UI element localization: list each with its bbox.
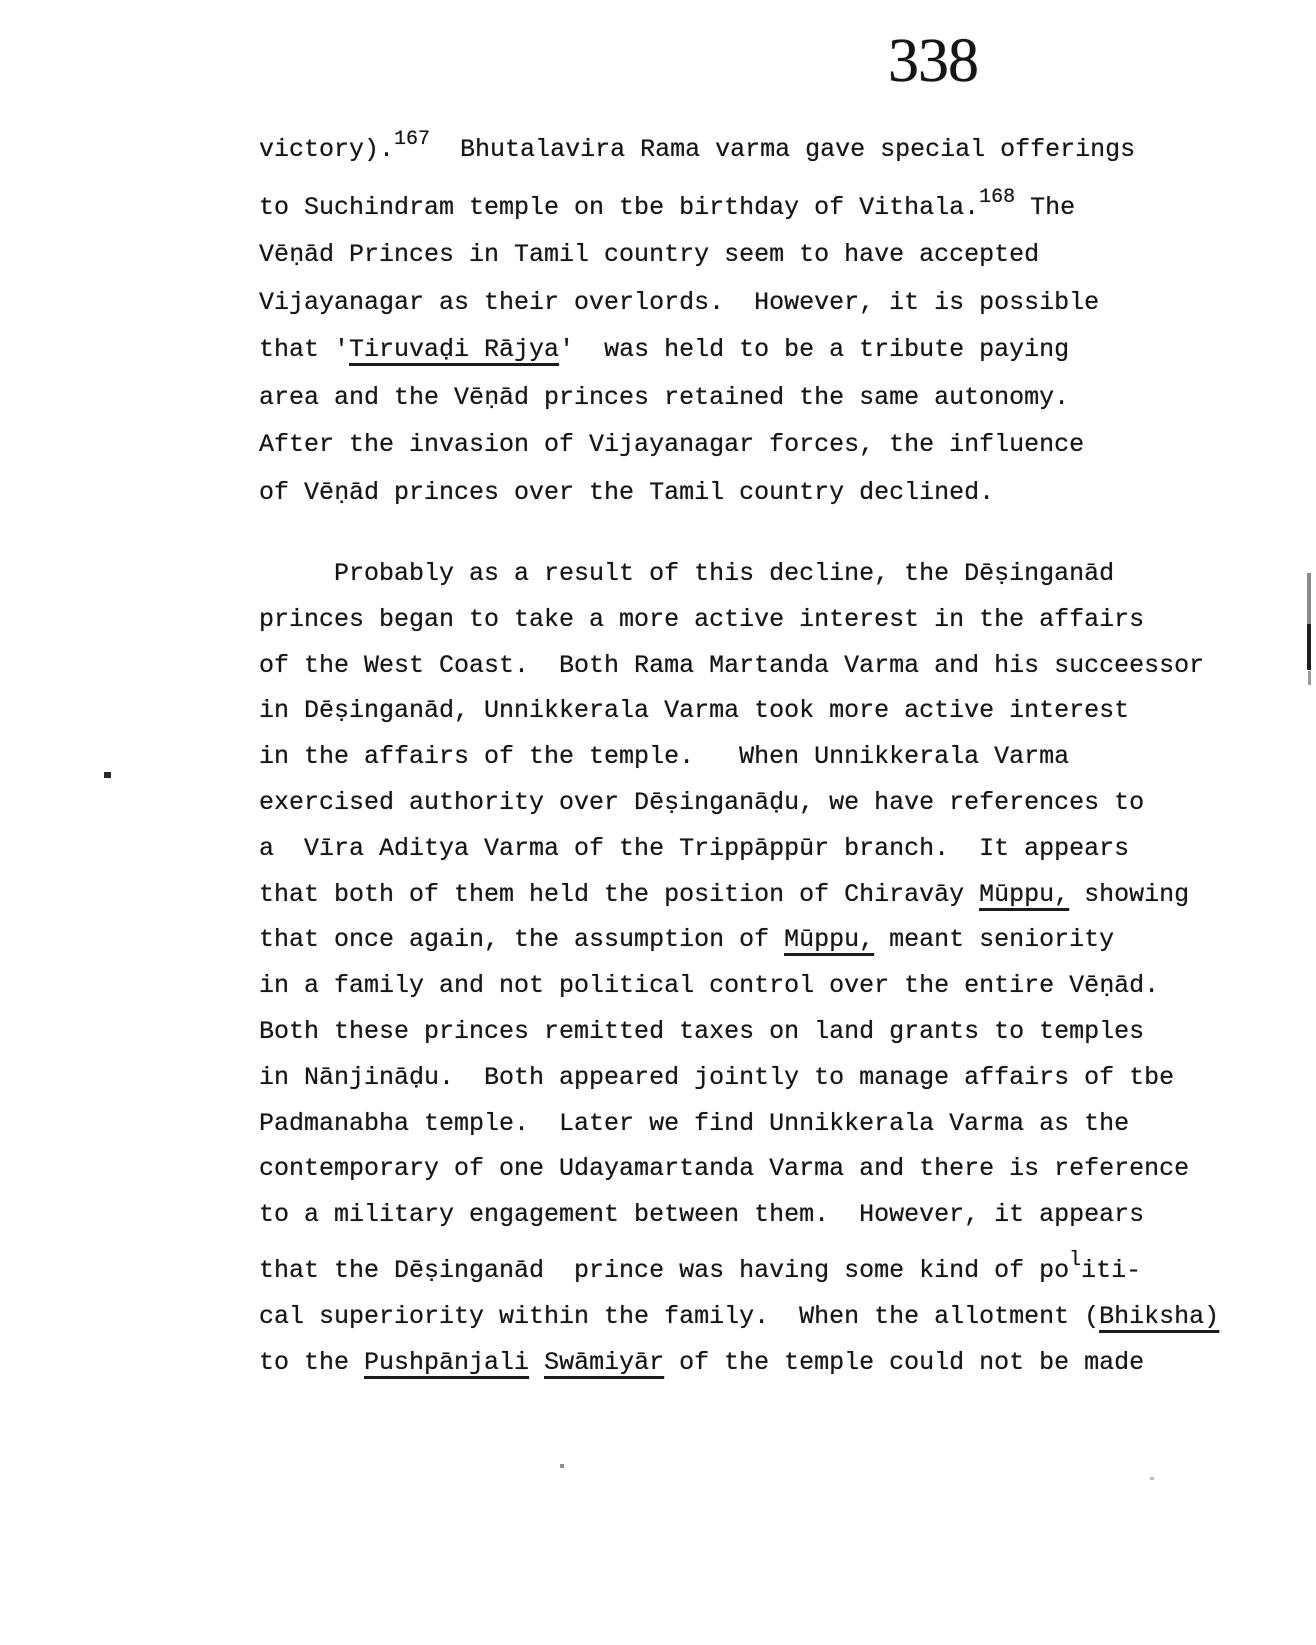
text-line: to the Pushpānjali Swāmiyār of the templ…: [259, 1340, 1289, 1386]
text-segment: After the invasion of Vijayanagar forces…: [259, 430, 1084, 459]
text-segment: The: [1015, 193, 1075, 222]
text-segment: Both these princes remitted taxes on lan…: [259, 1017, 1144, 1046]
text-segment: cal superiority within the family. When …: [259, 1302, 1099, 1331]
text-segment: exercised authority over Dēṣinganāḍu, we…: [259, 788, 1144, 817]
text-segment: that the Dēṣinganād prince was having so…: [259, 1256, 1069, 1285]
text-line: Padmanabha temple. Later we find Unnikke…: [259, 1101, 1289, 1147]
text-segment: [529, 1348, 544, 1377]
underlined-text: Mūppu,: [979, 880, 1069, 909]
bottom-speck-1: [560, 1464, 564, 1468]
right-edge-mark-dark: [1307, 624, 1311, 670]
bottom-speck-2: [1150, 1477, 1154, 1480]
text-segment: Bhutalavira Rama varma gave special offe…: [430, 135, 1135, 164]
superscript-text: 167: [394, 128, 430, 151]
text-segment: to a military engagement between them. H…: [259, 1200, 1144, 1229]
text-block: victory).167 Bhutalavira Rama varma gave…: [259, 116, 1289, 1385]
text-segment: that ': [259, 335, 349, 364]
text-segment: in a family and not political control ov…: [259, 971, 1159, 1000]
text-segment: of Vēṇād princes over the Tamil country …: [259, 478, 994, 507]
text-segment: of the West Coast. Both Rama Martanda Va…: [259, 651, 1204, 680]
superscript-text: l: [1069, 1249, 1081, 1272]
text-segment: contemporary of one Udayamartanda Varma …: [259, 1154, 1189, 1183]
text-line: to Suchindram temple on tbe birthday of …: [259, 174, 1289, 232]
text-line: cal superiority within the family. When …: [259, 1294, 1289, 1340]
text-line: Vēṇād Princes in Tamil country seem to h…: [259, 231, 1289, 279]
text-segment: in Nānjināḍu. Both appeared jointly to m…: [259, 1063, 1174, 1092]
text-line: After the invasion of Vijayanagar forces…: [259, 421, 1289, 469]
text-line: victory).167 Bhutalavira Rama varma gave…: [259, 116, 1289, 174]
underlined-text: Bhiksha): [1099, 1302, 1219, 1331]
text-line: that 'Tiruvaḍi Rājya' was held to be a t…: [259, 326, 1289, 374]
text-segment: showing: [1069, 880, 1189, 909]
text-segment: iti-: [1081, 1256, 1141, 1285]
text-line: of the West Coast. Both Rama Martanda Va…: [259, 643, 1289, 689]
text-line: Probably as a result of this decline, th…: [259, 551, 1289, 597]
text-line: Vijayanagar as their overlords. However,…: [259, 279, 1289, 327]
text-line: that both of them held the position of C…: [259, 872, 1289, 918]
para-2: Probably as a result of this decline, th…: [259, 551, 1289, 1385]
text-line: that the Dēṣinganād prince was having so…: [259, 1238, 1289, 1294]
underlined-text: Pushpānjali: [364, 1348, 529, 1377]
underlined-text: Mūppu,: [784, 925, 874, 954]
text-line: in a family and not political control ov…: [259, 963, 1289, 1009]
scanned-document-page: 338 victory).167 Bhutalavira Rama varma …: [0, 0, 1316, 1645]
text-line: contemporary of one Udayamartanda Varma …: [259, 1146, 1289, 1192]
underlined-text: Swāmiyār: [544, 1348, 664, 1377]
text-line: in Nānjināḍu. Both appeared jointly to m…: [259, 1055, 1289, 1101]
text-segment: to the: [259, 1348, 364, 1377]
text-line: princes began to take a more active inte…: [259, 597, 1289, 643]
text-line: exercised authority over Dēṣinganāḍu, we…: [259, 780, 1289, 826]
text-segment: ' was held to be a tribute paying: [559, 335, 1069, 364]
text-segment: a Vīra Aditya Varma of the Trippāppūr br…: [259, 834, 1129, 863]
text-segment: in the affairs of the temple. When Unnik…: [259, 742, 1069, 771]
text-segment: area and the Vēṇād princes retained the …: [259, 383, 1069, 412]
text-segment: that once again, the assumption of: [259, 925, 784, 954]
superscript-text: 168: [979, 186, 1015, 209]
text-segment: in Dēṣinganād, Unnikkerala Varma took mo…: [259, 696, 1129, 725]
text-segment: princes began to take a more active inte…: [259, 605, 1144, 634]
text-line: of Vēṇād princes over the Tamil country …: [259, 469, 1289, 517]
underlined-text: Tiruvaḍi Rājya: [349, 335, 559, 364]
text-segment: Padmanabha temple. Later we find Unnikke…: [259, 1109, 1129, 1138]
text-segment: of the temple could not be made: [664, 1348, 1144, 1377]
left-margin-speck: [104, 772, 111, 778]
text-segment: meant seniority: [874, 925, 1114, 954]
para-1: victory).167 Bhutalavira Rama varma gave…: [259, 116, 1289, 516]
text-line: a Vīra Aditya Varma of the Trippāppūr br…: [259, 826, 1289, 872]
right-edge-mark-light: [1307, 573, 1311, 625]
text-line: to a military engagement between them. H…: [259, 1192, 1289, 1238]
text-line: in the affairs of the temple. When Unnik…: [259, 734, 1289, 780]
page-number: 338: [888, 26, 978, 97]
text-line: area and the Vēṇād princes retained the …: [259, 374, 1289, 422]
text-line: Both these princes remitted taxes on lan…: [259, 1009, 1289, 1055]
text-line: that once again, the assumption of Mūppu…: [259, 917, 1289, 963]
text-segment: Vijayanagar as their overlords. However,…: [259, 288, 1099, 317]
text-segment: victory).: [259, 135, 394, 164]
text-line: in Dēṣinganād, Unnikkerala Varma took mo…: [259, 688, 1289, 734]
text-segment: Probably as a result of this decline, th…: [259, 559, 1114, 588]
text-segment: that both of them held the position of C…: [259, 880, 979, 909]
right-edge-mark-fade: [1308, 671, 1311, 685]
text-segment: Vēṇād Princes in Tamil country seem to h…: [259, 240, 1039, 269]
text-segment: to Suchindram temple on tbe birthday of …: [259, 193, 979, 222]
